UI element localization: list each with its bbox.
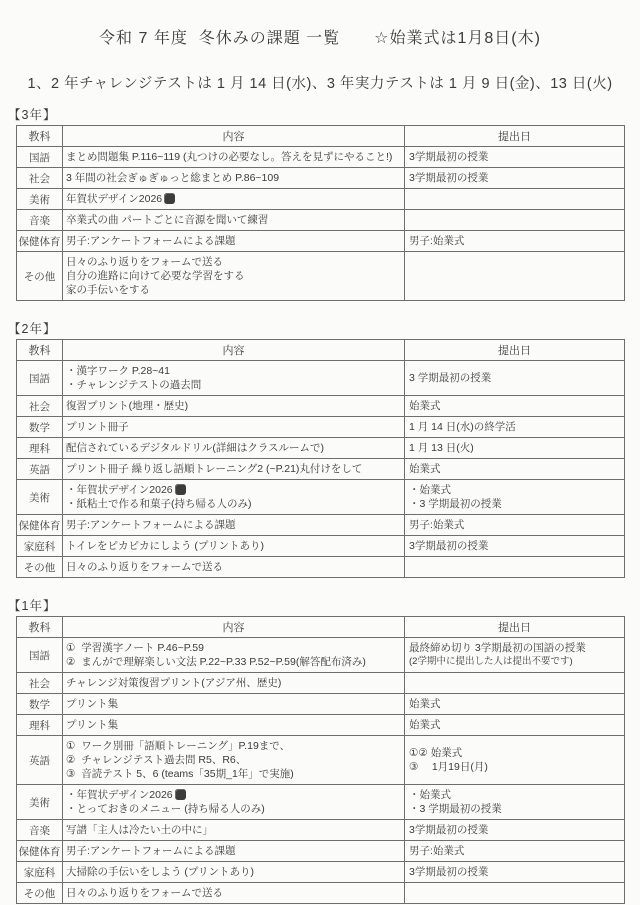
cell-line: プリント冊子 [66,420,401,434]
document-page: 令和 7 年度 冬休みの課題 一覧 ☆始業式は1月8日(木) 1、2 年チャレン… [0,0,640,905]
table-row: 理科配信されているデジタルドリル(詳細はクラスルームで)1 月 13 日(火) [17,438,625,459]
table-row: 英語プリント冊子 繰り返し語順トレーニング2 (~P.21)丸付けをして始業式 [17,459,625,480]
cell-line: 始業式 [409,718,620,732]
due-date-cell: 3 学期最初の授業 [405,361,625,396]
cell-line: 男子:アンケートフォームによる課題 [66,844,401,858]
content-cell: まとめ問題集 P.116~119 (丸つけの必要なし。答えを見ずにやること!) [63,147,405,168]
horse-stamp-icon [175,789,186,800]
subject-cell: 国語 [17,361,63,396]
table-row: 国語① 学習漢字ノート P.46~P.59② まんがで理解楽しい文法 P.22~… [17,638,625,673]
cell-line: ・始業式 [409,788,620,802]
subject-cell: 美術 [17,785,63,820]
horse-stamp-icon [164,193,175,204]
cell-line: 3学期最初の授業 [409,150,620,164]
grade2-label: 【2年】 [8,319,640,337]
section-grade3: 【3年】 教科内容提出日国語まとめ問題集 P.116~119 (丸つけの必要なし… [0,105,640,301]
table-row: 社会復習プリント(地理・歴史)始業式 [17,396,625,417]
table-row: 保健体育男子:アンケートフォームによる課題男子:始業式 [17,841,625,862]
cell-line: 卒業式の曲 パートごとに音源を聞いて練習 [66,213,401,227]
due-date-cell: 男子:始業式 [405,515,625,536]
cell-line: ③ 音読テスト 5、6 (teams「35期_1年」で実施) [66,767,401,781]
cell-line: ・年賀状デザイン2026 [66,788,401,802]
subject-cell: 国語 [17,638,63,673]
content-cell: ・年賀状デザイン2026・とっておきのメニュー (持ち帰る人のみ) [63,785,405,820]
table-row: 美術・年賀状デザイン2026・とっておきのメニュー (持ち帰る人のみ)・始業式・… [17,785,625,820]
table-row: 家庭科トイレをピカピカにしよう (プリントあり)3学期最初の授業 [17,536,625,557]
content-cell: 3 年間の社会ぎゅぎゅっと総まとめ P.86~109 [63,168,405,189]
cell-line: プリント集 [66,718,401,732]
section-grade1: 【1年】 教科内容提出日国語① 学習漢字ノート P.46~P.59② まんがで理… [0,596,640,904]
table-row: 美術年賀状デザイン2026 [17,189,625,210]
cell-line: ・とっておきのメニュー (持ち帰る人のみ) [66,802,401,816]
due-date-cell: 始業式 [405,396,625,417]
due-date-cell: 1 月 14 日(水)の終学活 [405,417,625,438]
table-row: 英語① ワーク別冊「語順トレーニング」P.19まで、② チャレンジテスト過去問 … [17,736,625,785]
subject-cell: 美術 [17,480,63,515]
cell-line: ・紙粘土で作る和菓子(持ち帰る人のみ) [66,497,401,511]
subject-cell: その他 [17,557,63,578]
cell-line: ① 学習漢字ノート P.46~P.59 [66,641,401,655]
content-cell: ① 学習漢字ノート P.46~P.59② まんがで理解楽しい文法 P.22~P.… [63,638,405,673]
subject-cell: 保健体育 [17,515,63,536]
due-date-cell [405,210,625,231]
table-row: 国語まとめ問題集 P.116~119 (丸つけの必要なし。答えを見ずにやること!… [17,147,625,168]
column-header-subject: 教科 [17,617,63,638]
content-cell: 男子:アンケートフォームによる課題 [63,841,405,862]
cell-line: ・年賀状デザイン2026 [66,483,401,497]
cell-line: 1 月 14 日(水)の終学活 [409,420,620,434]
table-row: 保健体育男子:アンケートフォームによる課題男子:始業式 [17,231,625,252]
cell-line: ・漢字ワーク P.28~41 [66,364,401,378]
cell-line: 復習プリント(地理・歴史) [66,399,401,413]
cell-line: プリント集 [66,697,401,711]
cell-line: (2学期中に提出した人は提出不要です) [409,655,620,669]
cell-line: トイレをピカピカにしよう (プリントあり) [66,539,401,553]
cell-line: 3 年間の社会ぎゅぎゅっと総まとめ P.86~109 [66,171,401,185]
cell-line: 3学期最初の授業 [409,823,620,837]
table-row: 音楽写譜「主人は冷たい土の中に」3学期最初の授業 [17,820,625,841]
column-header-subject: 教科 [17,340,63,361]
content-cell: トイレをピカピカにしよう (プリントあり) [63,536,405,557]
cell-line: 男子:始業式 [409,234,620,248]
cell-line: 男子:始業式 [409,518,620,532]
page-title: 令和 7 年度 冬休みの課題 一覧 ☆始業式は1月8日(木) [0,25,640,48]
subject-cell: 美術 [17,189,63,210]
cell-line: チャレンジ対策復習プリント(アジア州、歴史) [66,676,401,690]
subject-cell: 家庭科 [17,536,63,557]
content-cell: プリント冊子 [63,417,405,438]
table-row: 数学プリント集始業式 [17,694,625,715]
table-row: 保健体育男子:アンケートフォームによる課題男子:始業式 [17,515,625,536]
cell-line: 日々のふり返りをフォームで送る [66,255,401,269]
column-header-due: 提出日 [405,126,625,147]
cell-line: プリント冊子 繰り返し語順トレーニング2 (~P.21)丸付けをして [66,462,401,476]
due-date-cell: 3学期最初の授業 [405,820,625,841]
cell-line: 始業式 [409,399,620,413]
due-date-cell: 3学期最初の授業 [405,168,625,189]
cell-line: 写譜「主人は冷たい土の中に」 [66,823,401,837]
cell-line: 男子:アンケートフォームによる課題 [66,234,401,248]
content-cell: プリント冊子 繰り返し語順トレーニング2 (~P.21)丸付けをして [63,459,405,480]
grade2-homework-table: 教科内容提出日国語・漢字ワーク P.28~41・チャレンジテストの過去問3 学期… [16,339,625,578]
due-date-cell: 最終締め切り 3学期最初の国語の授業(2学期中に提出した人は提出不要です) [405,638,625,673]
table-row: 国語・漢字ワーク P.28~41・チャレンジテストの過去問3 学期最初の授業 [17,361,625,396]
grade3-homework-table: 教科内容提出日国語まとめ問題集 P.116~119 (丸つけの必要なし。答えを見… [16,125,625,301]
table-row: 社会チャレンジ対策復習プリント(アジア州、歴史) [17,673,625,694]
subject-cell: 社会 [17,673,63,694]
table-row: 美術・年賀状デザイン2026・紙粘土で作る和菓子(持ち帰る人のみ)・始業式・3 … [17,480,625,515]
cell-line: まとめ問題集 P.116~119 (丸つけの必要なし。答えを見ずにやること!) [66,150,401,164]
table-row: 音楽卒業式の曲 パートごとに音源を聞いて練習 [17,210,625,231]
cell-line: 大掃除の手伝いをしよう (プリントあり) [66,865,401,879]
due-date-cell: ・始業式・3 学期最初の授業 [405,480,625,515]
due-date-cell: 3学期最初の授業 [405,147,625,168]
cell-line: 自分の進路に向けて必要な学習をする [66,269,401,283]
grade1-homework-table: 教科内容提出日国語① 学習漢字ノート P.46~P.59② まんがで理解楽しい文… [16,616,625,904]
section-grade2: 【2年】 教科内容提出日国語・漢字ワーク P.28~41・チャレンジテストの過去… [0,319,640,578]
content-cell: 日々のふり返りをフォームで送る自分の進路に向けて必要な学習をする家の手伝いをする [63,252,405,301]
cell-line: 年賀状デザイン2026 [66,192,401,206]
table-row: 数学プリント冊子1 月 14 日(水)の終学活 [17,417,625,438]
table-row: その他日々のふり返りをフォームで送る自分の進路に向けて必要な学習をする家の手伝い… [17,252,625,301]
page-subtitle: 1、2 年チャレンジテストは 1 月 14 日(水)、3 年実力テストは 1 月… [0,72,640,93]
content-cell: 写譜「主人は冷たい土の中に」 [63,820,405,841]
content-cell: プリント集 [63,715,405,736]
column-header-subject: 教科 [17,126,63,147]
cell-line: 3学期最初の授業 [409,171,620,185]
column-header-content: 内容 [63,126,405,147]
table-row: 社会3 年間の社会ぎゅぎゅっと総まとめ P.86~1093学期最初の授業 [17,168,625,189]
content-cell: 日々のふり返りをフォームで送る [63,557,405,578]
content-cell: ・年賀状デザイン2026・紙粘土で作る和菓子(持ち帰る人のみ) [63,480,405,515]
due-date-cell [405,883,625,904]
cell-line: 日々のふり返りをフォームで送る [66,886,401,900]
content-cell: 男子:アンケートフォームによる課題 [63,515,405,536]
cell-line: 男子:始業式 [409,844,620,858]
subject-cell: 英語 [17,459,63,480]
table-row: その他日々のふり返りをフォームで送る [17,883,625,904]
header-row: 教科内容提出日 [17,617,625,638]
subject-cell: 保健体育 [17,841,63,862]
subject-cell: 社会 [17,168,63,189]
subject-cell: 音楽 [17,210,63,231]
header-row: 教科内容提出日 [17,340,625,361]
cell-line: 男子:アンケートフォームによる課題 [66,518,401,532]
content-cell: 年賀状デザイン2026 [63,189,405,210]
subject-cell: 国語 [17,147,63,168]
due-date-cell: 3学期最初の授業 [405,536,625,557]
subject-cell: 理科 [17,715,63,736]
due-date-cell [405,673,625,694]
grade3-label: 【3年】 [8,105,640,123]
header-row: 教科内容提出日 [17,126,625,147]
subject-cell: その他 [17,252,63,301]
cell-line: 最終締め切り 3学期最初の国語の授業 [409,641,620,655]
content-cell: 復習プリント(地理・歴史) [63,396,405,417]
content-cell: プリント集 [63,694,405,715]
due-date-cell: 3学期最初の授業 [405,862,625,883]
column-header-content: 内容 [63,617,405,638]
subject-cell: 家庭科 [17,862,63,883]
content-cell: 大掃除の手伝いをしよう (プリントあり) [63,862,405,883]
subject-cell: 音楽 [17,820,63,841]
subject-cell: 理科 [17,438,63,459]
cell-line: 始業式 [409,697,620,711]
cell-line: ・3 学期最初の授業 [409,497,620,511]
cell-line: 配信されているデジタルドリル(詳細はクラスルームで) [66,441,401,455]
due-date-cell: 男子:始業式 [405,841,625,862]
grade1-label: 【1年】 [8,596,640,614]
content-cell: 日々のふり返りをフォームで送る [63,883,405,904]
cell-line: ③ 1月19日(月) [409,760,620,774]
due-date-cell: 男子:始業式 [405,231,625,252]
content-cell: ① ワーク別冊「語順トレーニング」P.19まで、② チャレンジテスト過去問 R5… [63,736,405,785]
subject-cell: その他 [17,883,63,904]
table-row: その他日々のふり返りをフォームで送る [17,557,625,578]
subject-cell: 数学 [17,694,63,715]
table-row: 理科プリント集始業式 [17,715,625,736]
cell-line: 3 学期最初の授業 [409,371,620,385]
content-cell: 男子:アンケートフォームによる課題 [63,231,405,252]
cell-line: 3学期最初の授業 [409,539,620,553]
due-date-cell: 始業式 [405,694,625,715]
due-date-cell [405,189,625,210]
due-date-cell: 始業式 [405,459,625,480]
cell-line: ・3 学期最初の授業 [409,802,620,816]
column-header-due: 提出日 [405,340,625,361]
horse-stamp-icon [175,484,186,495]
content-cell: 配信されているデジタルドリル(詳細はクラスルームで) [63,438,405,459]
cell-line: 始業式 [409,462,620,476]
content-cell: ・漢字ワーク P.28~41・チャレンジテストの過去問 [63,361,405,396]
content-cell: 卒業式の曲 パートごとに音源を聞いて練習 [63,210,405,231]
due-date-cell [405,252,625,301]
cell-line: ①② 始業式 [409,746,620,760]
cell-line: 家の手伝いをする [66,283,401,297]
subject-cell: 保健体育 [17,231,63,252]
due-date-cell [405,557,625,578]
cell-line: ② まんがで理解楽しい文法 P.22~P.33 P.52~P.59(解答配布済み… [66,655,401,669]
cell-line: ① ワーク別冊「語順トレーニング」P.19まで、 [66,739,401,753]
column-header-due: 提出日 [405,617,625,638]
content-cell: チャレンジ対策復習プリント(アジア州、歴史) [63,673,405,694]
cell-line: 3学期最初の授業 [409,865,620,879]
column-header-content: 内容 [63,340,405,361]
due-date-cell: ・始業式・3 学期最初の授業 [405,785,625,820]
table-row: 家庭科大掃除の手伝いをしよう (プリントあり)3学期最初の授業 [17,862,625,883]
cell-line: 1 月 13 日(火) [409,441,620,455]
subject-cell: 数学 [17,417,63,438]
cell-line: ・チャレンジテストの過去問 [66,378,401,392]
due-date-cell: ①② 始業式③ 1月19日(月) [405,736,625,785]
due-date-cell: 始業式 [405,715,625,736]
cell-line: 日々のふり返りをフォームで送る [66,560,401,574]
cell-line: ② チャレンジテスト過去問 R5、R6、 [66,753,401,767]
due-date-cell: 1 月 13 日(火) [405,438,625,459]
subject-cell: 英語 [17,736,63,785]
cell-line: ・始業式 [409,483,620,497]
subject-cell: 社会 [17,396,63,417]
